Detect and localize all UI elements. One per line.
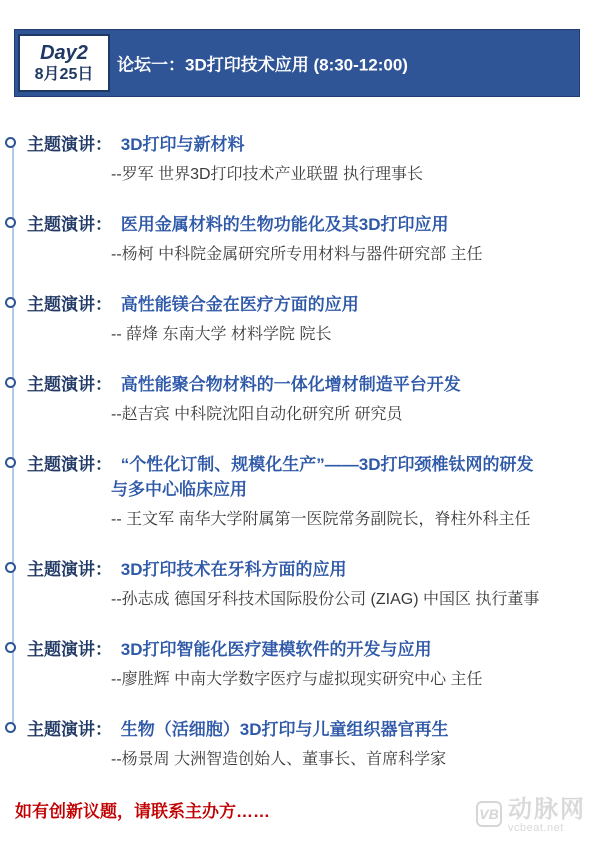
talk-title-row: 主题演讲： 3D打印智能化医疗建模软件的开发与应用 <box>27 637 600 662</box>
talk-title-row: 主题演讲： 医用金属材料的生物功能化及其3D打印应用 <box>27 212 600 237</box>
talk-title: 3D打印智能化医疗建模软件的开发与应用 <box>121 640 432 659</box>
talk-speaker: --廖胜辉 中南大学数字医疗与虚拟现实研究中心 主任 <box>27 667 600 692</box>
agenda-item: 主题演讲： 高性能聚合物材料的一体化增材制造平台开发 --赵吉宾 中科院沈阳自动… <box>0 372 600 427</box>
day-date-box: Day2 8月25日 <box>18 34 110 92</box>
agenda-item: 主题演讲： 3D打印技术在牙科方面的应用 --孙志成 德国牙科技术国际股份公司 … <box>0 557 600 612</box>
talk-title: 高性能镁合金在医疗方面的应用 <box>121 295 359 314</box>
timeline-bullet-icon <box>5 457 16 468</box>
date-label: 8月25日 <box>35 65 94 85</box>
talk-title-row: 主题演讲： 高性能聚合物材料的一体化增材制造平台开发 <box>27 372 600 397</box>
talk-speaker: -- 王文军 南华大学附属第一医院常务副院长，脊柱外科主任 <box>27 507 600 532</box>
talk-type-label: 主题演讲： <box>27 720 112 739</box>
agenda-item: 主题演讲： 3D打印与新材料 --罗军 世界3D打印技术产业联盟 执行理事长 <box>0 132 600 187</box>
timeline-bullet-icon <box>5 217 16 228</box>
header-bar: Day2 8月25日 论坛一：3D打印技术应用 (8:30-12:00) <box>14 29 580 97</box>
talk-title-row: 主题演讲： “个性化订制、规模化生产”——3D打印颈椎钛网的研发 <box>27 452 600 477</box>
agenda-item: 主题演讲： 高性能镁合金在医疗方面的应用 -- 薛烽 东南大学 材料学院 院长 <box>0 292 600 347</box>
talk-title-row: 主题演讲： 3D打印与新材料 <box>27 132 600 157</box>
timeline-bullet-icon <box>5 722 16 733</box>
agenda-item: 主题演讲： 医用金属材料的生物功能化及其3D打印应用 --杨柯 中科院金属研究所… <box>0 212 600 267</box>
talk-title: 3D打印技术在牙科方面的应用 <box>121 560 347 579</box>
timeline-bullet-icon <box>5 642 16 653</box>
talk-speaker: --罗军 世界3D打印技术产业联盟 执行理事长 <box>27 162 600 187</box>
talk-title-line2: 与多中心临床应用 <box>27 477 600 502</box>
talk-speaker: --孙志成 德国牙科技术国际股份公司 (ZIAG) 中国区 执行董事 <box>27 587 600 612</box>
watermark-text: 动脉网 vcbeat.net <box>508 798 586 834</box>
talk-type-label: 主题演讲： <box>27 455 112 474</box>
timeline-bullet-icon <box>5 377 16 388</box>
watermark-name: 动脉网 <box>508 798 586 822</box>
talk-speaker: -- 薛烽 东南大学 材料学院 院长 <box>27 322 600 347</box>
talk-type-label: 主题演讲： <box>27 560 112 579</box>
talk-title-row: 主题演讲： 3D打印技术在牙科方面的应用 <box>27 557 600 582</box>
forum-title: 论坛一：3D打印技术应用 (8:30-12:00) <box>117 51 408 76</box>
timeline-bullet-icon <box>5 562 16 573</box>
talk-speaker: --杨景周 大洲智造创始人、董事长、首席科学家 <box>27 747 600 772</box>
talk-title: 生物（活细胞）3D打印与儿童组织器官再生 <box>121 720 449 739</box>
talk-title: 医用金属材料的生物功能化及其3D打印应用 <box>121 215 449 234</box>
talk-title: “个性化订制、规模化生产”——3D打印颈椎钛网的研发 <box>121 455 534 474</box>
talk-speaker: --赵吉宾 中科院沈阳自动化研究所 研究员 <box>27 402 600 427</box>
talk-type-label: 主题演讲： <box>27 640 112 659</box>
timeline-bullet-icon <box>5 297 16 308</box>
day-label: Day2 <box>40 41 88 65</box>
timeline-bullet-icon <box>5 137 16 148</box>
agenda-item: 主题演讲： 生物（活细胞）3D打印与儿童组织器官再生 --杨景周 大洲智造创始人… <box>0 717 600 772</box>
agenda-item: 主题演讲： “个性化订制、规模化生产”——3D打印颈椎钛网的研发 与多中心临床应… <box>0 452 600 532</box>
agenda-timeline: 主题演讲： 3D打印与新材料 --罗军 世界3D打印技术产业联盟 执行理事长 主… <box>0 132 600 797</box>
watermark-site: vcbeat.net <box>508 822 586 834</box>
talk-title-row: 主题演讲： 高性能镁合金在医疗方面的应用 <box>27 292 600 317</box>
agenda-page: Day2 8月25日 论坛一：3D打印技术应用 (8:30-12:00) 主题演… <box>0 0 600 841</box>
talk-title: 高性能聚合物材料的一体化增材制造平台开发 <box>121 375 461 394</box>
agenda-item: 主题演讲： 3D打印智能化医疗建模软件的开发与应用 --廖胜辉 中南大学数字医疗… <box>0 637 600 692</box>
talk-type-label: 主题演讲： <box>27 295 112 314</box>
talk-title-row: 主题演讲： 生物（活细胞）3D打印与儿童组织器官再生 <box>27 717 600 742</box>
talk-speaker: --杨柯 中科院金属研究所专用材料与器件研究部 主任 <box>27 242 600 267</box>
talk-type-label: 主题演讲： <box>27 375 112 394</box>
watermark: VB 动脉网 vcbeat.net <box>476 798 586 834</box>
talk-type-label: 主题演讲： <box>27 215 112 234</box>
vb-logo-icon: VB <box>476 801 502 827</box>
talk-title: 3D打印与新材料 <box>121 135 245 154</box>
talk-type-label: 主题演讲： <box>27 135 112 154</box>
footer-note: 如有创新议题，请联系主办方…… <box>15 797 270 822</box>
